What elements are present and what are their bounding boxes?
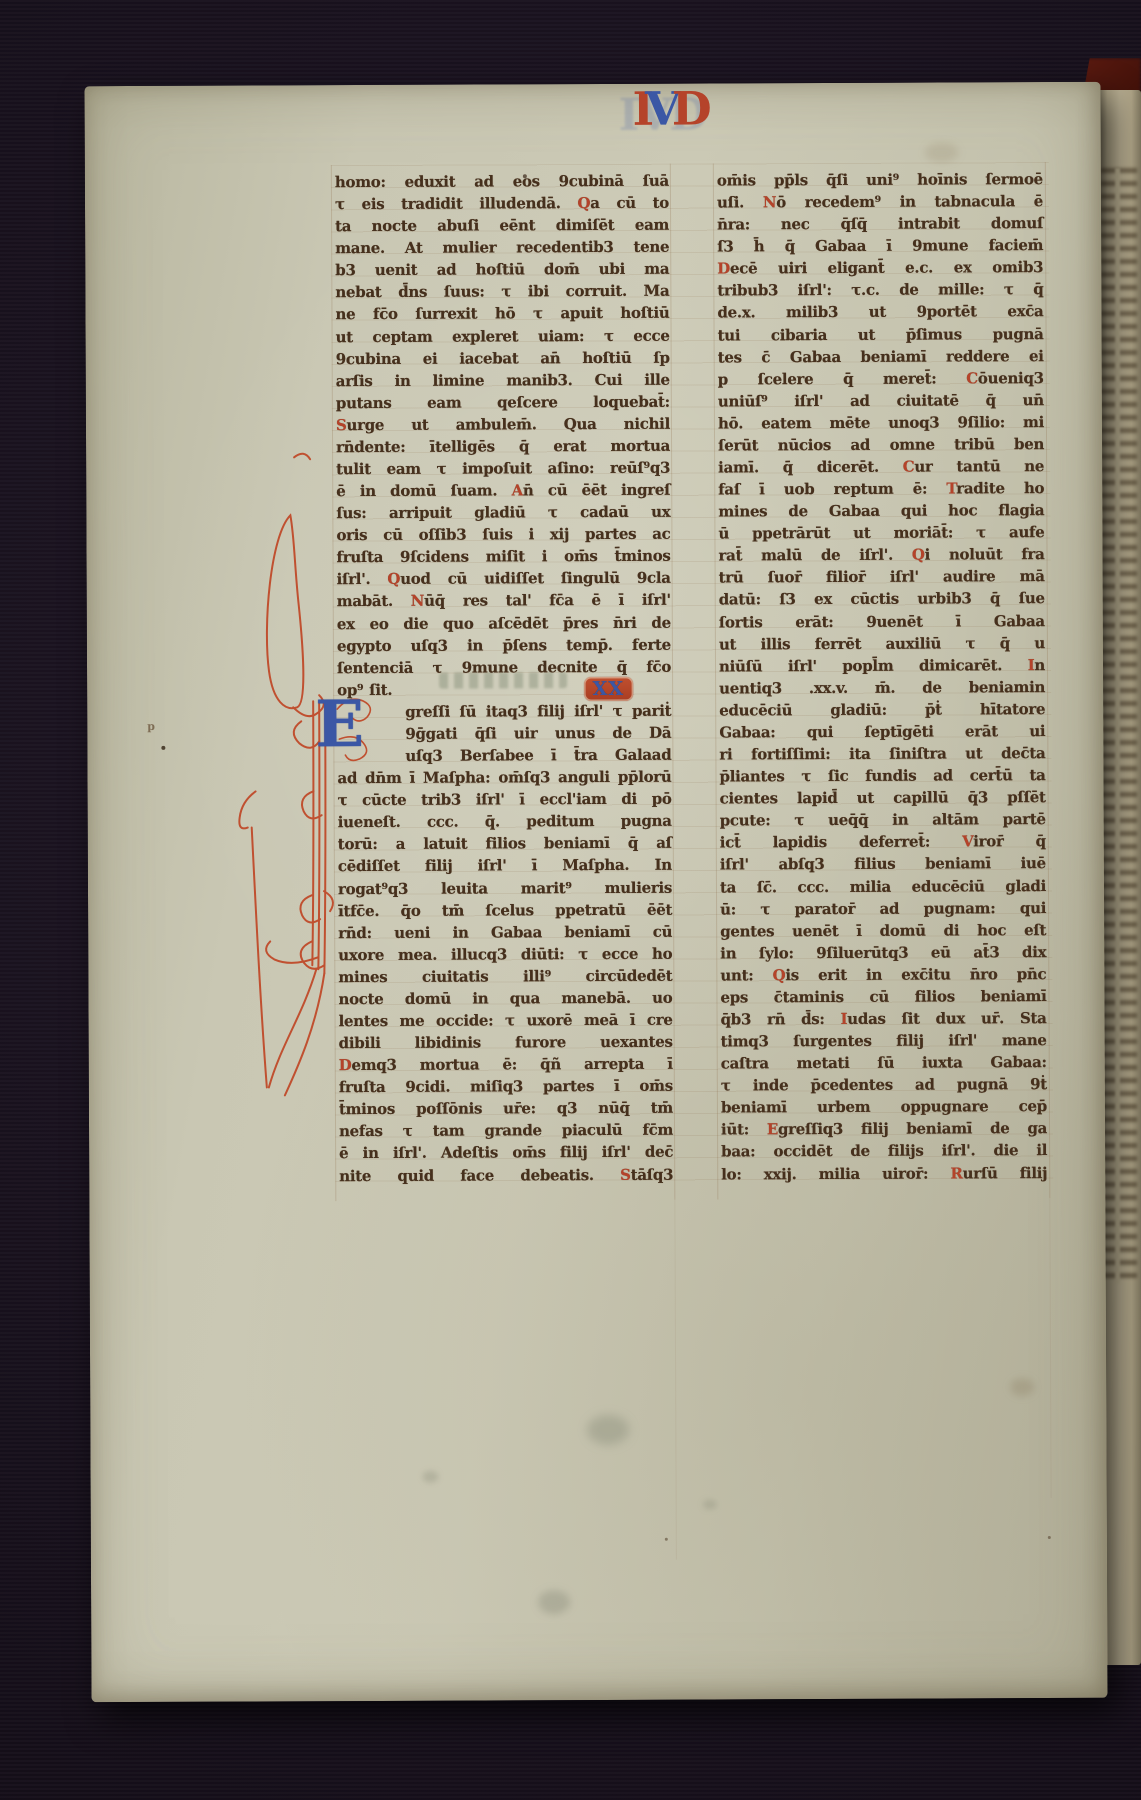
text-run: p ſcelere q̄ meret̄: [718, 369, 967, 388]
text-run: Q [912, 546, 925, 564]
text-run: i noluūt fra [925, 545, 1045, 564]
text-line: mabāt. Nūq̄ res tal' fc̄a ē ī iſrl' [337, 589, 671, 613]
text-line: ut ceptam expleret uiam: τ ecce [336, 324, 670, 348]
text-line: ſerūt nūcios ad omne tribū ben [718, 433, 1044, 457]
text-run: ne fc̄o ſurrexit hō τ apuit hoſtiū [335, 304, 669, 323]
text-line: greſſi ſū itaq3 filij iſrl' τ pariṫ [337, 700, 671, 724]
text-line: ſortis erāt: 9uenēt ī Gabaa [719, 610, 1045, 634]
text-run: pcute: τ ueq̄q̄ in altām partē [720, 810, 1046, 829]
text-line: oris cū oſſib3 ſuis i xij partes ac [336, 523, 670, 547]
text-run: ſortis erāt: 9uenēt ī Gabaa [719, 612, 1045, 631]
text-line: t̄minos poſſōnis ur̄e: q3 nūq̄ tm̄ [339, 1097, 673, 1121]
text-run: E [767, 1121, 778, 1139]
text-run: unt: [720, 966, 772, 984]
text-run: uentiq3 .xx.v. m̄. de beniamin [719, 678, 1045, 697]
text-line: nebat d̄ns ſuus: τ ibi corruit. Ma [335, 280, 669, 304]
text-line: ri fortiſſimi: ita ſiniſtra ut dec̄ta [719, 742, 1045, 766]
text-line: ne fc̄o ſurrexit hō τ apuit hoſtiū [335, 302, 669, 326]
text-run: op⁹ ſit. [337, 679, 392, 701]
stain [423, 1471, 439, 1483]
text-run: n̄ra: nec q̄ſq̄ intrabit domuſ [717, 214, 1043, 233]
text-line: fruſta 9cidi. miſiq3 partes ī om̄s [339, 1075, 673, 1099]
margin-note: p [147, 720, 155, 733]
text-run: gentes uenēt ī domū di hoc eſt [720, 921, 1046, 940]
text-line: ſ3 h̄ q̄ Gabaa ī 9mune faciem̄ [717, 234, 1043, 258]
text-run: egypto uſq3 in p̄ſens temp̄. ferte [337, 635, 671, 654]
text-run: n [1034, 656, 1045, 674]
text-run: V [962, 833, 973, 851]
text-run: q̄b3 rn̄ d̄s: [721, 1010, 841, 1029]
text-run: iueneſt. ccc. q̄. peditum pugna [338, 812, 672, 831]
text-run: n̄ cū ēēt ingreſ [523, 481, 670, 500]
text-run: τ eis tradidit illudendā. [335, 194, 578, 213]
text-line: rn̄d: ueni in Gabaa beniamī cū [338, 920, 672, 944]
text-run: τ inde p̄cedentes ad pugnā 9ṫ [721, 1075, 1047, 1094]
text-run: tes c̄ Gabaa beniamī reddere ei [718, 347, 1044, 366]
text-line: tribub3 iſrl': τ.c. de mille: τ q̄ [717, 278, 1043, 302]
text-line: τ eis tradidit illudendā. Qa cū to [335, 192, 669, 216]
text-run: S [620, 1165, 631, 1183]
text-line: nefas τ tam grande piaculū fc̄m [339, 1119, 673, 1143]
text-run: udas ſit dux ur̄. Sta [847, 1009, 1046, 1028]
text-run: torū: a latuit filios beniamī q̄ aſ [338, 834, 672, 853]
text-line: ē in domū ſuam. An̄ cū ēēt ingreſ [336, 479, 670, 503]
ink-speck [161, 746, 165, 750]
text-line: q̄b3 rn̄ d̄s: Iudas ſit dux ur̄. Sta [721, 1007, 1047, 1031]
text-run: tui cibaria ut p̄ſimus pugnā [718, 325, 1044, 344]
text-run: ō recedem⁹ in tabnacula ē [776, 192, 1043, 211]
text-run: rn̄dente: ītelligēs q̄ erat mortua [336, 437, 670, 456]
text-run: rn̄d: ueni in Gabaa beniamī cū [338, 922, 672, 941]
text-line: arſis in limine manib3. Cui ille [336, 368, 670, 392]
text-run: greſſi ſū itaq3 filij iſrl' τ pariṫ [405, 702, 671, 721]
text-line: unt: Qis erit in exc̄itu n̄ro pn̄c [720, 963, 1046, 987]
text-run: uſi. [717, 193, 763, 211]
text-run: iſrl' abſq3 filius beniamī iuē [720, 854, 1046, 873]
text-run: timq3 ſurgentes filij iſrl' mane [721, 1031, 1047, 1050]
text-run: a cū to [590, 194, 669, 212]
text-line: op⁹ ſit.XX [337, 677, 671, 701]
text-run: tribub3 iſrl': τ.c. de mille: τ q̄ [717, 280, 1043, 299]
text-run: is erit in exc̄itu n̄ro pn̄c [785, 965, 1046, 984]
text-line: baa: occidēt de filijs iſrl'. die il [721, 1139, 1047, 1163]
text-line: homo: eduxit ad eos 9cubinā ſuā [335, 170, 669, 194]
text-run: D [717, 260, 730, 278]
text-run: educēciū gladiū: p̄ṫ hītatore [719, 700, 1045, 719]
text-run: iſrl'. [337, 570, 388, 588]
text-run: ut ceptam expleret uiam: τ ecce [336, 326, 670, 345]
column-rule-right-extension [1049, 1198, 1051, 1498]
stain [703, 1499, 717, 1509]
text-run: uod cū uidiſſet ſingulū 9cla [400, 569, 671, 588]
text-line: in ſylo: 9ſiluerūtq3 eū at̄3 dix [720, 941, 1046, 965]
text-run: ta nocte abuſi eēnt dimiſēt eam [335, 216, 669, 235]
text-run: R [950, 1164, 962, 1182]
running-title-letter: D [672, 85, 710, 131]
text-run: C [903, 458, 915, 476]
text-run: greſſiq3 filij beniamī de ga [778, 1119, 1047, 1138]
text-run: iror̄ q̄ [973, 832, 1046, 850]
text-line: torū: a latuit filios beniamī q̄ aſ [338, 832, 672, 856]
stain [1010, 1378, 1034, 1396]
text-line: ītfc̄e. q̄o tm̄ ſcelus ppetratū ēēt [338, 898, 672, 922]
text-line: τ inde p̄cedentes ad pugnā 9ṫ [721, 1073, 1047, 1097]
text-line: 9ḡgati q̄ſi uir unus de Dā [337, 722, 671, 746]
text-run: N [763, 193, 777, 211]
text-line: nocte domū in qua manebā. uo [338, 987, 672, 1011]
text-run: baa: occidēt de filijs iſrl'. die il [721, 1141, 1047, 1160]
text-run: iamī. q̄ dicerēt. [718, 458, 903, 477]
text-run: ū: τ parator̄ ad pugnam: qui [720, 899, 1046, 918]
text-line: trū ſuor̄ filior̄ iſrl' audire mā [719, 565, 1045, 589]
text-run: radite ho [956, 479, 1044, 497]
text-run: niūſū iſrl' popl̄m dimicarēt. [719, 656, 1028, 675]
text-run: mines ciuitatis illi⁹ circūdedēt [338, 966, 672, 985]
text-line: ē in iſrl'. Adeſtis om̄s filij iſrl' dec… [339, 1141, 673, 1165]
text-line: beniamī urbem oppugnare cep̄ [721, 1095, 1047, 1119]
text-run: ta ſc̄. ccc. milia educēciū gladi [720, 877, 1046, 896]
text-run: dibili libidinis furore uexantes [339, 1033, 673, 1052]
text-line: datū: ſ3 ex cūctis urbib3 q̄ ſue [719, 588, 1045, 612]
text-line: ict̄ lapidis deferret̄: Viror̄ q̄ [720, 830, 1046, 854]
text-line: rogat⁹q3 leuita marit⁹ mulieris [338, 876, 672, 900]
text-line: ut illis ferrēt auxiliū τ q̄ u [719, 632, 1045, 656]
text-line: ex eo die quo aſcēdēt p̄res n̄ri de [337, 611, 671, 635]
text-run: tāſq3 [631, 1165, 674, 1183]
text-run: ecē uiri eligant̄ e.c. ex omib3 [730, 258, 1043, 277]
text-line: Demq3 mortua ē: q̄ñ arrepta ī [339, 1053, 673, 1077]
text-run: nefas τ tam grande piaculū fc̄m [339, 1121, 673, 1140]
text-line: iſrl'. Quod cū uidiſſet ſingulū 9cla [337, 567, 671, 591]
text-run: ē in iſrl'. Adeſtis om̄s filij iſrl' dec… [339, 1143, 673, 1162]
text-line: mane. At mulier recedentib3 tene [335, 236, 669, 260]
text-run: arſis in limine manib3. Cui ille [336, 370, 670, 389]
text-run: uxore mea. illucq3 diūti: τ ecce ho [338, 944, 672, 963]
text-line: educēciū gladiū: p̄ṫ hītatore [719, 698, 1045, 722]
text-line: putans eam qeſcere loquebat̄: [336, 390, 670, 414]
text-line: Surge ut ambulem̄. Qua nichil [336, 413, 670, 437]
text-line: b3 uenit ad hoſtiū dom̄ ubi ma [335, 258, 669, 282]
text-line: ad dn̄m ī Maſpha: om̄ſq3 anguli pp̄lorū [337, 766, 671, 790]
text-run: t̄minos poſſōnis ur̄e: q3 nūq̄ tm̄ [339, 1099, 673, 1118]
text-line: pcute: τ ueq̄q̄ in altām partē [720, 808, 1046, 832]
text-line: rat̄ malū de iſrl'. Qi noluūt fra [718, 543, 1044, 567]
text-run: urge ut ambulem̄. Qua nichil [346, 415, 670, 434]
column-rule-gutter-extension [674, 1200, 677, 1560]
text-run: Q [387, 570, 400, 588]
text-line: tes c̄ Gabaa beniamī reddere ei [718, 345, 1044, 369]
text-run: N [411, 592, 425, 610]
text-line: uxore mea. illucq3 diūti: τ ecce ho [338, 942, 672, 966]
text-run: homo: eduxit ad eos 9cubinā ſuā [335, 172, 669, 191]
stain [925, 142, 959, 162]
text-line: om̄is pp̄ls q̄ſi uni⁹ hoīnis ſermoē [717, 168, 1043, 192]
fly-speck [523, 174, 527, 178]
text-run: 9ḡgati q̄ſi uir unus de Dā [405, 724, 671, 743]
text-run: beniamī urbem oppugnare cep̄ [721, 1097, 1047, 1116]
text-run: S [336, 416, 347, 434]
text-run: A [512, 481, 523, 499]
text-line: cēdiſſet filij iſrl' ī Maſpha. In [338, 854, 672, 878]
text-run: urſū filij [963, 1164, 1048, 1182]
text-run: τ cūcte trib3 iſrl' ī eccl'iam di pō [338, 790, 672, 809]
text-run: uſq3 Berſabee ī t̄ra Galaad [405, 746, 671, 765]
text-run: faſ ī uob reptum ē: [718, 480, 946, 499]
text-line: uentiq3 .xx.v. m̄. de beniamin [719, 676, 1045, 700]
text-line: uſq3 Berſabee ī t̄ra Galaad [337, 744, 671, 768]
text-run: caſtra metati ſū iuxta Gabaa: [721, 1053, 1047, 1072]
text-line: Gabaa: qui ſeptīgēti erāt ui [719, 720, 1045, 744]
text-run: fruſta 9ſcidens miſit i om̄s t̄minos [336, 547, 670, 566]
text-run: nite quid face debeatis. [339, 1165, 620, 1184]
text-run: in ſylo: 9ſiluerūtq3 eū at̄3 dix [720, 943, 1046, 962]
text-line: ſentenciā τ 9mune decnite q̄ fc̄o [337, 655, 671, 679]
text-run: ſ3 h̄ q̄ Gabaa ī 9mune faciem̄ [717, 236, 1043, 255]
text-line: niūſū iſrl' popl̄m dimicarēt. In [719, 654, 1045, 678]
text-line: de.x. milib3 ut 9portēt exc̄a [717, 301, 1043, 325]
text-run: oris cū oſſib3 ſuis i xij partes ac [336, 525, 670, 544]
text-run: D [339, 1056, 352, 1074]
text-line: p̄liantes τ ſic fundis ad cert̄ū ta [719, 764, 1045, 788]
stain [587, 1415, 629, 1445]
text-line: caſtra metati ſū iuxta Gabaa: [721, 1051, 1047, 1075]
text-column-right: om̄is pp̄ls q̄ſi uni⁹ hoīnis ſermoēuſi. … [717, 168, 1047, 1185]
text-run: hō. eatem mēte unoq3 9ſilio: mi [718, 413, 1044, 432]
text-line: ta ſc̄. ccc. milia educēciū gladi [720, 875, 1046, 899]
text-line: lentes me occide: τ uxorē meā ī cre [339, 1009, 673, 1033]
text-run: mabāt. [337, 592, 411, 610]
text-line: mines de Gabaa qui hoc flagia [718, 499, 1044, 523]
text-line: iūt: Egreſſiq3 filij beniamī de ga [721, 1117, 1047, 1141]
text-run: fruſta 9cidi. miſiq3 partes ī om̄s [339, 1077, 673, 1096]
text-line: dibili libidinis furore uexantes [339, 1031, 673, 1055]
text-run: cēdiſſet filij iſrl' ī Maſpha. In [338, 856, 672, 875]
text-line: faſ ī uob reptum ē: Tradite ho [718, 477, 1044, 501]
text-line: p ſcelere q̄ meret̄: Cōueniq3 [718, 367, 1044, 391]
text-run: rat̄ malū de iſrl'. [718, 546, 911, 565]
text-run: Q [577, 194, 590, 212]
text-run: T [946, 480, 956, 498]
text-run: p̄liantes τ ſic fundis ad cert̄ū ta [719, 766, 1045, 785]
text-run: nebat d̄ns ſuus: τ ibi corruit. Ma [335, 282, 669, 301]
stain [538, 1590, 570, 1614]
text-line: ſus: arripuit gladiū τ cadaū ux [336, 501, 670, 525]
text-run: ē in domū ſuam. [336, 481, 511, 500]
text-run: ict̄ lapidis deferret̄: [720, 833, 962, 852]
text-line: eps c̄taminis cū filios beniamī [720, 985, 1046, 1009]
text-run: ſus: arripuit gladiū τ cadaū ux [336, 503, 670, 522]
text-line: ū ppetrārūt ut moriāt̄: τ aufe [718, 521, 1044, 545]
text-run: ad dn̄m ī Maſpha: om̄ſq3 anguli pp̄lorū [337, 768, 671, 787]
text-run: ītfc̄e. q̄o tm̄ ſcelus ppetratū ēēt [338, 900, 672, 919]
chapter-rubric: XX [584, 677, 634, 701]
text-run: C [966, 369, 978, 387]
text-run: ūq̄ res tal' fc̄a ē ī iſrl' [424, 591, 671, 610]
text-line: hō. eatem mēte unoq3 9ſilio: mi [718, 411, 1044, 435]
text-run: uniūſ⁹ iſrl' ad ciuitatē q̄ un̄ [718, 391, 1044, 410]
prick-mark [665, 1538, 668, 1541]
text-line: rn̄dente: ītelligēs q̄ erat mortua [336, 435, 670, 459]
text-run: nocte domū in qua manebā. uo [338, 989, 672, 1008]
text-run: tulit eam τ impoſuit aſino: reūſ⁹q3 [336, 459, 670, 478]
text-run: ſerūt nūcios ad omne tribū ben [718, 435, 1044, 454]
text-column-left: homo: eduxit ad eos 9cubinā ſuāτ eis tra… [335, 170, 673, 1187]
text-run: Q [773, 966, 786, 984]
text-line: iueneſt. ccc. q̄. peditum pugna [338, 810, 672, 834]
text-line: ta nocte abuſi eēnt dimiſēt eam [335, 214, 669, 238]
text-run: 9cubina ei iacebat an̄ hoſtiū ſp [336, 348, 670, 367]
text-run: lo: xxij. milia uiror̄: [721, 1164, 950, 1183]
text-run: trū ſuor̄ filior̄ iſrl' audire mā [719, 567, 1045, 586]
manuscript-page: IVD IVD [84, 82, 1107, 1702]
text-run: ſentenciā τ 9mune decnite q̄ fc̄o [337, 657, 671, 676]
text-run: om̄is pp̄ls q̄ſi uni⁹ hoīnis ſermoē [717, 170, 1043, 189]
text-run: ri fortiſſimi: ita ſiniſtra ut dec̄ta [719, 744, 1045, 763]
text-line: fruſta 9ſcidens miſit i om̄s t̄minos [336, 545, 670, 569]
text-run: emq3 mortua ē: q̄ñ arrepta ī [351, 1055, 672, 1074]
text-run: rogat⁹q3 leuita marit⁹ mulieris [338, 878, 672, 897]
photograph-of-manuscript: IVD IVD [0, 0, 1141, 1800]
text-run: datū: ſ3 ex cūctis urbib3 q̄ ſue [719, 590, 1045, 609]
running-title: IVD [632, 85, 709, 131]
text-run: lentes me occide: τ uxorē meā ī cre [339, 1011, 673, 1030]
text-run: b3 uenit ad hoſtiū dom̄ ubi ma [335, 260, 669, 279]
text-line: tulit eam τ impoſuit aſino: reūſ⁹q3 [336, 457, 670, 481]
text-run: Gabaa: qui ſeptīgēti erāt ui [719, 722, 1045, 741]
text-run: mane. At mulier recedentib3 tene [335, 238, 669, 257]
text-line: egypto uſq3 in p̄ſens temp̄. ferte [337, 633, 671, 657]
text-line: ū: τ parator̄ ad pugnam: qui [720, 897, 1046, 921]
text-line: n̄ra: nec q̄ſq̄ intrabit domuſ [717, 212, 1043, 236]
text-line: iſrl' abſq3 filius beniamī iuē [720, 852, 1046, 876]
text-line: tui cibaria ut p̄ſimus pugnā [718, 323, 1044, 347]
text-line: uſi. Nō recedem⁹ in tabnacula ē [717, 190, 1043, 214]
text-run: ū ppetrārūt ut moriāt̄: τ aufe [718, 523, 1044, 542]
text-line: Decē uiri eligant̄ e.c. ex omib3 [717, 256, 1043, 280]
text-line: cientes lapid̄ ut capillū q̄3 pſſēt [720, 786, 1046, 810]
prick-mark [1048, 1536, 1051, 1539]
text-run: putans eam qeſcere loquebat̄: [336, 392, 670, 411]
text-line: nite quid face debeatis. Stāſq3 [339, 1163, 673, 1187]
text-line: lo: xxij. milia uiror̄: Rurſū filij [721, 1162, 1047, 1186]
text-line: 9cubina ei iacebat an̄ hoſtiū ſp [336, 346, 670, 370]
text-line: uniūſ⁹ iſrl' ad ciuitatē q̄ un̄ [718, 389, 1044, 413]
text-run: iūt: [721, 1121, 767, 1139]
text-run: eps c̄taminis cū filios beniamī [720, 987, 1046, 1006]
text-run: de.x. milib3 ut 9portēt exc̄a [717, 303, 1043, 322]
text-line: timq3 ſurgentes filij iſrl' mane [721, 1029, 1047, 1053]
text-line: τ cūcte trib3 iſrl' ī eccl'iam di pō [338, 788, 672, 812]
text-run: ex eo die quo aſcēdēt p̄res n̄ri de [337, 613, 671, 632]
text-run: ōueniq3 [978, 369, 1044, 387]
text-run: ut illis ferrēt auxiliū τ q̄ u [719, 634, 1045, 653]
text-run: cientes lapid̄ ut capillū q̄3 pſſēt [720, 788, 1046, 807]
text-run: ur tantū ne [914, 457, 1044, 476]
text-line: mines ciuitatis illi⁹ circūdedēt [338, 964, 672, 988]
text-run: mines de Gabaa qui hoc flagia [718, 501, 1044, 520]
text-line: iamī. q̄ dicerēt. Cur tantū ne [718, 455, 1044, 479]
text-line: gentes uenēt ī domū di hoc eſt [720, 919, 1046, 943]
